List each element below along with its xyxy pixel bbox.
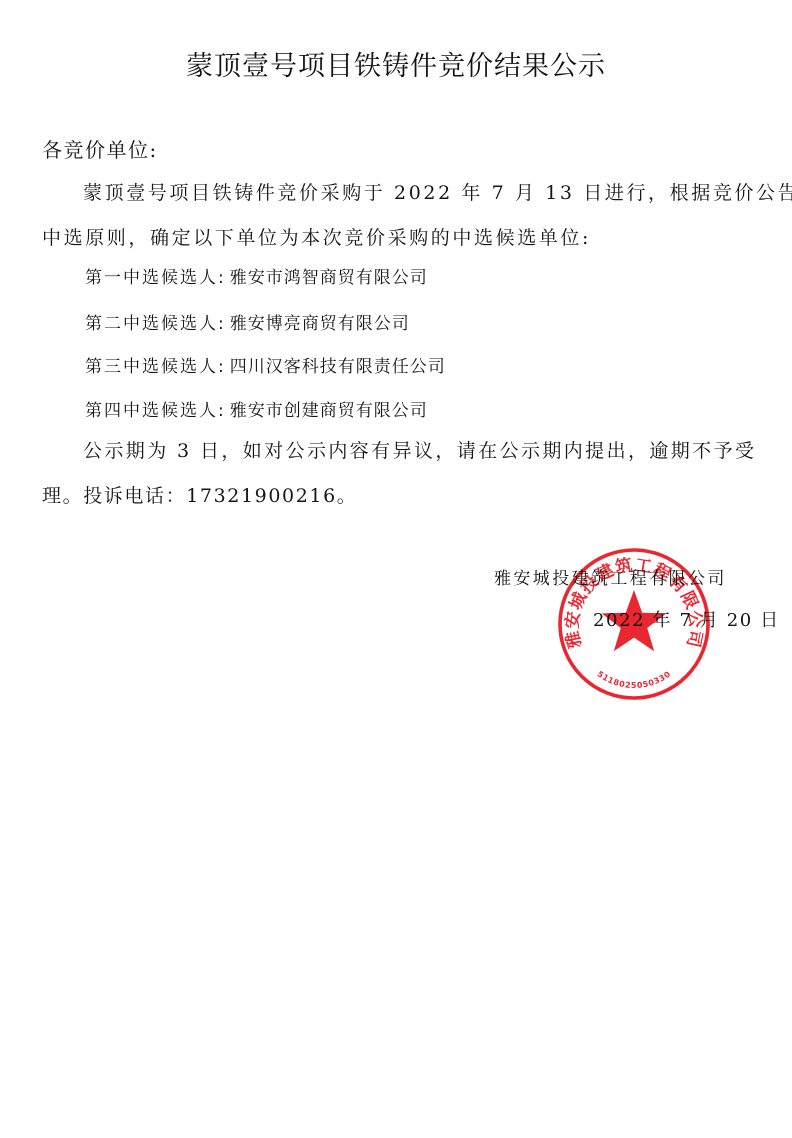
notice-paragraph-line-1: 公示期为 3 日，如对公示内容有异议，请在公示期内提出，逾期不予受 bbox=[83, 436, 756, 463]
candidate-item: 第二中选候选人:雅安博亮商贸有限公司 bbox=[85, 309, 410, 334]
candidate-colon: : bbox=[218, 357, 224, 377]
candidate-name: 四川汉客科技有限责任公司 bbox=[230, 357, 446, 377]
candidate-rank: 第三中选候选人 bbox=[85, 357, 218, 377]
candidate-item: 第四中选候选人:雅安市创建商贸有限公司 bbox=[85, 396, 428, 421]
candidate-name: 雅安市鸿智商贸有限公司 bbox=[230, 268, 428, 288]
salutation: 各竞价单位: bbox=[42, 134, 158, 163]
candidate-item: 第一中选候选人:雅安市鸿智商贸有限公司 bbox=[85, 263, 428, 288]
candidate-name: 雅安博亮商贸有限公司 bbox=[230, 314, 410, 334]
company-seal-icon: 雅安城投建筑工程有限公司 5118025050330 bbox=[556, 546, 712, 702]
page-title: 蒙顶壹号项目铁铸件竞价结果公示 bbox=[0, 44, 792, 83]
candidate-item: 第三中选候选人:四川汉客科技有限责任公司 bbox=[85, 352, 446, 377]
candidate-rank: 第二中选候选人 bbox=[85, 314, 218, 334]
candidate-colon: : bbox=[218, 401, 224, 421]
star-icon bbox=[602, 590, 667, 651]
candidate-colon: : bbox=[218, 314, 224, 334]
notice-paragraph-line-2: 理。投诉电话：17321900216。 bbox=[42, 481, 357, 508]
intro-paragraph-line-2: 中选原则，确定以下单位为本次竞价采购的中选候选单位: bbox=[42, 223, 591, 250]
svg-text:5118025050330: 5118025050330 bbox=[595, 669, 672, 690]
intro-paragraph-line-1: 蒙顶壹号项目铁铸件竞价采购于 2022 年 7 月 13 日进行，根据竞价公告的 bbox=[83, 178, 792, 205]
candidate-rank: 第四中选候选人 bbox=[85, 401, 218, 421]
document-page: 蒙顶壹号项目铁铸件竞价结果公示 各竞价单位: 蒙顶壹号项目铁铸件竞价采购于 20… bbox=[0, 0, 792, 1138]
seal-serial-number: 5118025050330 bbox=[595, 669, 672, 690]
candidate-rank: 第一中选候选人 bbox=[85, 268, 218, 288]
candidate-colon: : bbox=[218, 268, 224, 288]
candidate-name: 雅安市创建商贸有限公司 bbox=[230, 401, 428, 421]
